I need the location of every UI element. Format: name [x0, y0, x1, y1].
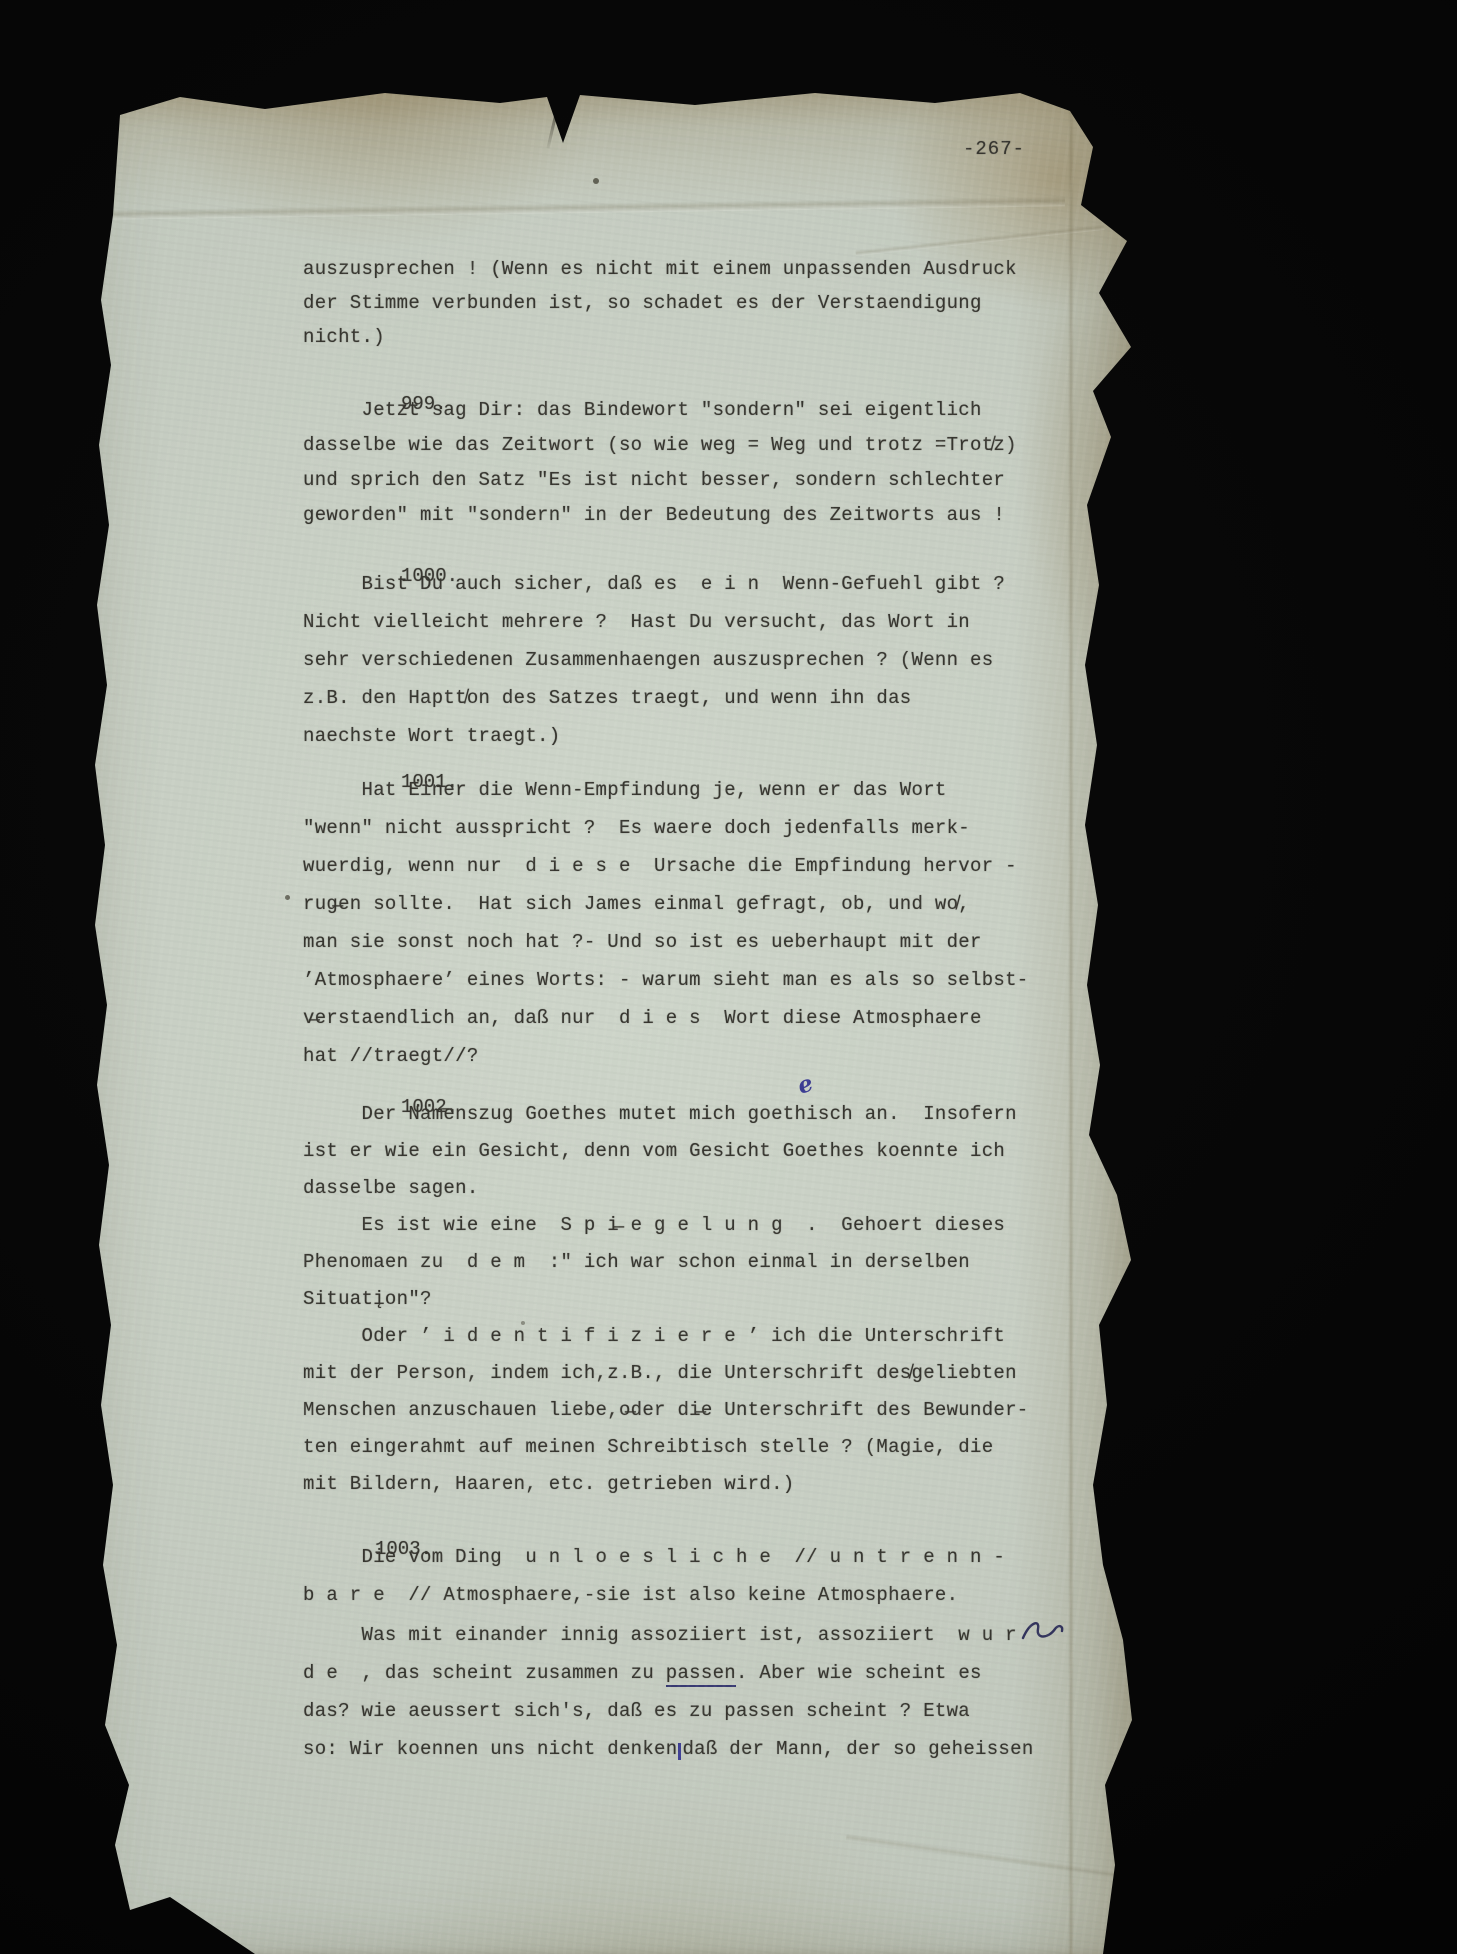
paper-fold-crease	[105, 196, 1065, 219]
remark-number: 1000.	[401, 565, 458, 587]
typescript-line: Phenomaen zu d e m :" ich war schon einm…	[303, 1244, 1029, 1281]
line-segment: so: Wir koennen uns nicht denken	[303, 1738, 677, 1760]
typescript-line: dasselbe sagen.	[303, 1170, 1029, 1207]
typescript-line: man sie sonst noch hat ?- Und so ist es …	[303, 923, 1029, 961]
typescript-line: ten eingerahmt auf meinen Schreibtisch s…	[303, 1429, 1029, 1466]
typescript-line: ’Atmosphaere’ eines Worts: - warum sieht…	[303, 961, 1029, 999]
remark-number: 1003.	[375, 1538, 432, 1560]
scan-backdrop: -267- auszusprechen ! (Wenn es nicht mit…	[0, 0, 1457, 1954]
paper-tear-crack	[547, 91, 563, 148]
typescript-line-with-underline: d e , das scheint zusammen zu passen. Ab…	[303, 1654, 1065, 1692]
typescript-line: und sprich den Satz "Es ist nicht besser…	[303, 463, 1017, 498]
line-segment: isch an. Insofern	[806, 1103, 1017, 1125]
typescript-line: z.B. den Haptt̸on des Satzes traegt, und…	[303, 679, 1005, 717]
ink-speck	[593, 178, 599, 184]
typescript-line: mit Bildern, Haaren, etc. getrieben wird…	[303, 1466, 1029, 1503]
typescript-line: Nicht vielleicht mehrere ? Hast Du versu…	[303, 603, 1005, 641]
line-segment: . Aber wie scheint es	[736, 1662, 982, 1684]
paper-crease	[846, 1834, 1124, 1880]
remark-number: 1001.	[401, 771, 458, 793]
remark-number: 999.	[401, 393, 447, 415]
typescript-line: Oder ’ i d e n t i f i z i e r e ’ ich d…	[303, 1318, 1029, 1355]
typescript-line: wuerdig, wenn nur d i e s e Ursache die …	[303, 847, 1029, 885]
page-number: -267-	[963, 138, 1025, 160]
paragraph-continuation: auszusprechen ! (Wenn es nicht mit einem…	[303, 252, 1017, 354]
typescript-line: rug̶en sollte. Hat sich James einmal gef…	[303, 885, 1029, 923]
line-segment: Was mit einander innig assoziiert ist, a…	[303, 1624, 1017, 1646]
line-segment: daß der Mann, der so geheissen	[682, 1738, 1033, 1760]
typescript-line-with-tick: so: Wir koennen uns nicht denkendaß der …	[303, 1730, 1065, 1768]
typescript-line: sehr verschiedenen Zusammenhaengen auszu…	[303, 641, 1005, 679]
typescript-line: nicht.)	[303, 320, 1017, 354]
manuscript-page: -267- auszusprechen ! (Wenn es nicht mit…	[85, 85, 1140, 1954]
paper-edge-crease	[1068, 85, 1074, 1954]
remark-1003: 1003. Die vom Ding u n l o e s l i c h e…	[303, 1538, 1065, 1768]
handwritten-insertion-stroke	[678, 1743, 681, 1760]
typescript-line: auszusprechen ! (Wenn es nicht mit einem…	[303, 252, 1017, 286]
typescript-line: der Stimme verbunden ist, so schadet es …	[303, 286, 1017, 320]
typescript-line: ist er wie ein Gesicht, denn vom Gesicht…	[303, 1133, 1029, 1170]
typescript-line: v̶erstaendlich an, daß nur d i e s Wort …	[303, 999, 1029, 1037]
typescript-line: hat //traegt//?	[303, 1037, 1029, 1075]
line-segment: Der Namenszug Goethes mutet mich goeth	[303, 1103, 806, 1125]
remark-1001: 1001. Hat Einer die Wenn-Empfindung je, …	[303, 771, 1029, 1075]
line-segment: d e , das scheint zusammen zu	[303, 1662, 666, 1684]
typescript-line: geworden" mit "sondern" in der Bedeutung…	[303, 498, 1017, 533]
remark-1000: 1000. Bist Du auch sicher, daß es e i n …	[303, 565, 1005, 755]
typescript-line: Es ist wie eine S p i̶ e g e l u n g . G…	[303, 1207, 1029, 1244]
typescript-line: das? wie aeussert sich's, daß es zu pass…	[303, 1692, 1065, 1730]
typescript-line: naechste Wort traegt.)	[303, 717, 1005, 755]
remark-number: 1002̶.	[401, 1096, 458, 1118]
typescript-line: mit der Person, indem ich,z.B., die Unte…	[303, 1355, 1029, 1392]
typescript-line-with-swirl: Was mit einander innig assoziiert ist, a…	[303, 1614, 1065, 1654]
underlined-word-passen: passen	[666, 1662, 736, 1687]
typescript-line: Menschen anzuschauen liebe,o̶der di̶e Un…	[303, 1392, 1029, 1429]
typescript-line: dasselbe wie das Zeitwort (so wie weg = …	[303, 428, 1017, 463]
remark-999: 999. Jetzt sag Dir: das Bindewort "sonde…	[303, 393, 1017, 533]
typescript-line: b a r e // Atmosphaere,-sie ist also kei…	[303, 1576, 1065, 1614]
ink-speck	[285, 895, 290, 900]
typescript-line: "wenn" nicht ausspricht ? Es waere doch …	[303, 809, 1029, 847]
typescript-line: Situatįon"?	[303, 1281, 1029, 1318]
remark-1002: 1002̶. Der Namenszug Goethes mutet mich …	[303, 1096, 1029, 1503]
handwritten-swirl-mark	[1021, 1618, 1065, 1644]
